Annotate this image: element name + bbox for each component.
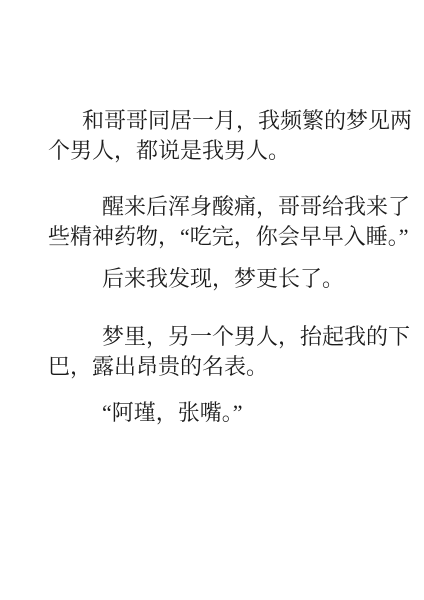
- paragraph: 后来我发现，梦更长了。: [48, 264, 416, 294]
- paragraph: 和哥哥同居一月，我频繁的梦见两个男人，都说是我男人。: [48, 106, 416, 166]
- paragraph: 醒来后浑身酸痛，哥哥给我来了些精神药物，“吃完，你会早早入睡。”: [48, 192, 416, 252]
- paragraph: 梦里，另一个男人，抬起我的下巴，露出昂贵的名表。: [48, 322, 416, 382]
- document-page: 和哥哥同居一月，我频繁的梦见两个男人，都说是我男人。 醒来后浑身酸痛，哥哥给我来…: [0, 0, 424, 600]
- paragraph: “阿瑾，张嘴。”: [48, 398, 416, 428]
